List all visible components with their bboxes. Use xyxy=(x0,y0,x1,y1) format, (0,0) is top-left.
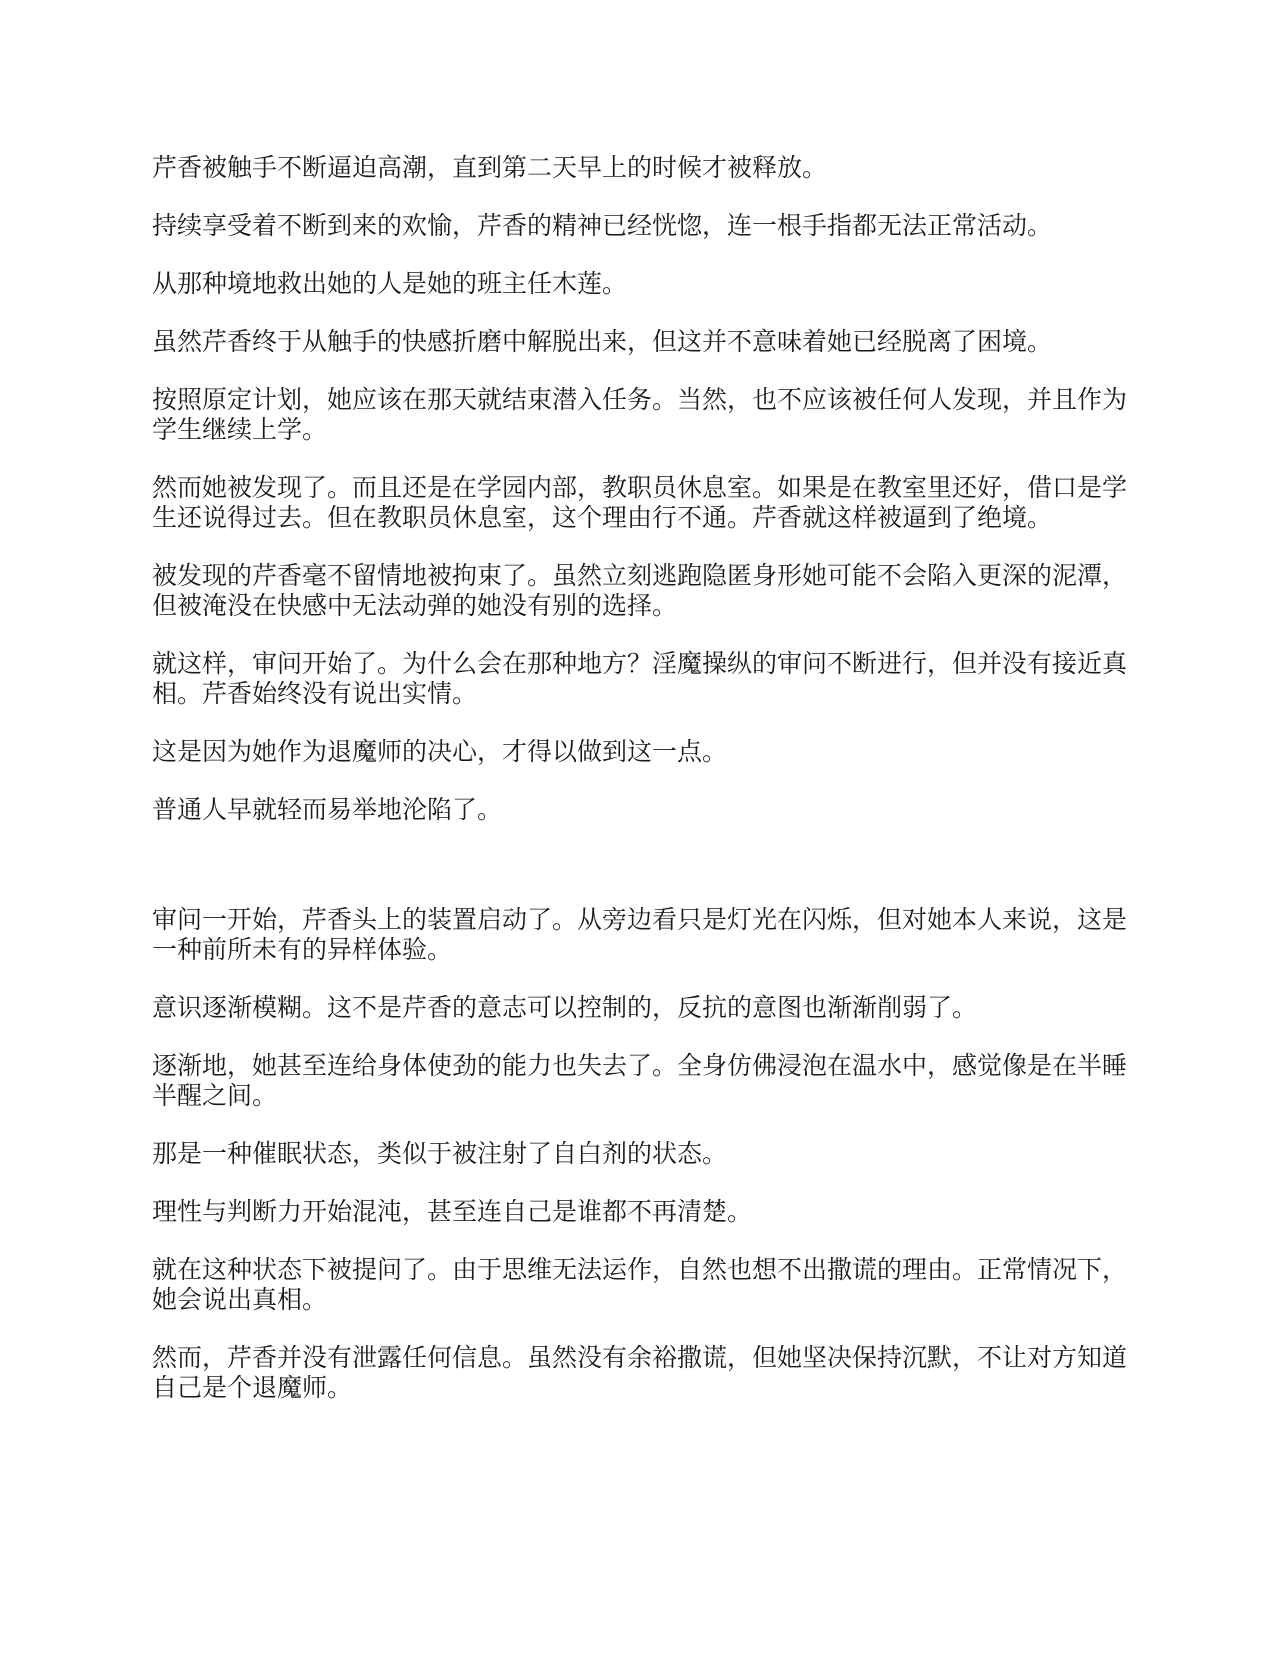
paragraph: 芹香被触手不断逼迫高潮，直到第二天早上的时候才被释放。 xyxy=(152,154,1134,184)
paragraph: 逐渐地，她甚至连给身体使劲的能力也失去了。全身仿佛浸泡在温水中，感觉像是在半睡半… xyxy=(152,1052,1134,1112)
paragraph: 虽然芹香终于从触手的快感折磨中解脱出来，但这并不意味着她已经脱离了困境。 xyxy=(152,328,1134,358)
document-page: 芹香被触手不断逼迫高潮，直到第二天早上的时候才被释放。 持续享受着不断到来的欢愉… xyxy=(0,0,1280,1656)
paragraph: 那是一种催眠状态，类似于被注射了自白剂的状态。 xyxy=(152,1140,1134,1170)
text-content: 芹香被触手不断逼迫高潮，直到第二天早上的时候才被释放。 持续享受着不断到来的欢愉… xyxy=(152,154,1134,1432)
paragraph: 就在这种状态下被提问了。由于思维无法运作，自然也想不出撒谎的理由。正常情况下，她… xyxy=(152,1256,1134,1316)
paragraph: 从那种境地救出她的人是她的班主任木莲。 xyxy=(152,270,1134,300)
paragraph: 就这样，审问开始了。为什么会在那种地方？淫魔操纵的审问不断进行，但并没有接近真相… xyxy=(152,650,1134,710)
paragraph: 持续享受着不断到来的欢愉，芹香的精神已经恍惚，连一根手指都无法正常活动。 xyxy=(152,212,1134,242)
paragraph: 理性与判断力开始混沌，甚至连自己是谁都不再清楚。 xyxy=(152,1198,1134,1228)
paragraph: 这是因为她作为退魔师的决心，才得以做到这一点。 xyxy=(152,738,1134,768)
paragraph: 然而，芹香并没有泄露任何信息。虽然没有余裕撒谎，但她坚决保持沉默，不让对方知道自… xyxy=(152,1344,1134,1404)
paragraph: 被发现的芹香毫不留情地被拘束了。虽然立刻逃跑隐匿身形她可能不会陷入更深的泥潭，但… xyxy=(152,562,1134,622)
paragraph: 普通人早就轻而易举地沦陷了。 xyxy=(152,796,1134,826)
paragraph: 审问一开始，芹香头上的装置启动了。从旁边看只是灯光在闪烁，但对她本人来说，这是一… xyxy=(152,906,1134,966)
paragraph: 然而她被发现了。而且还是在学园内部，教职员休息室。如果是在教室里还好，借口是学生… xyxy=(152,474,1134,534)
paragraph: 意识逐渐模糊。这不是芹香的意志可以控制的，反抗的意图也渐渐削弱了。 xyxy=(152,994,1134,1024)
section-break xyxy=(152,854,1134,906)
paragraph: 按照原定计划，她应该在那天就结束潜入任务。当然，也不应该被任何人发现，并且作为学… xyxy=(152,386,1134,446)
